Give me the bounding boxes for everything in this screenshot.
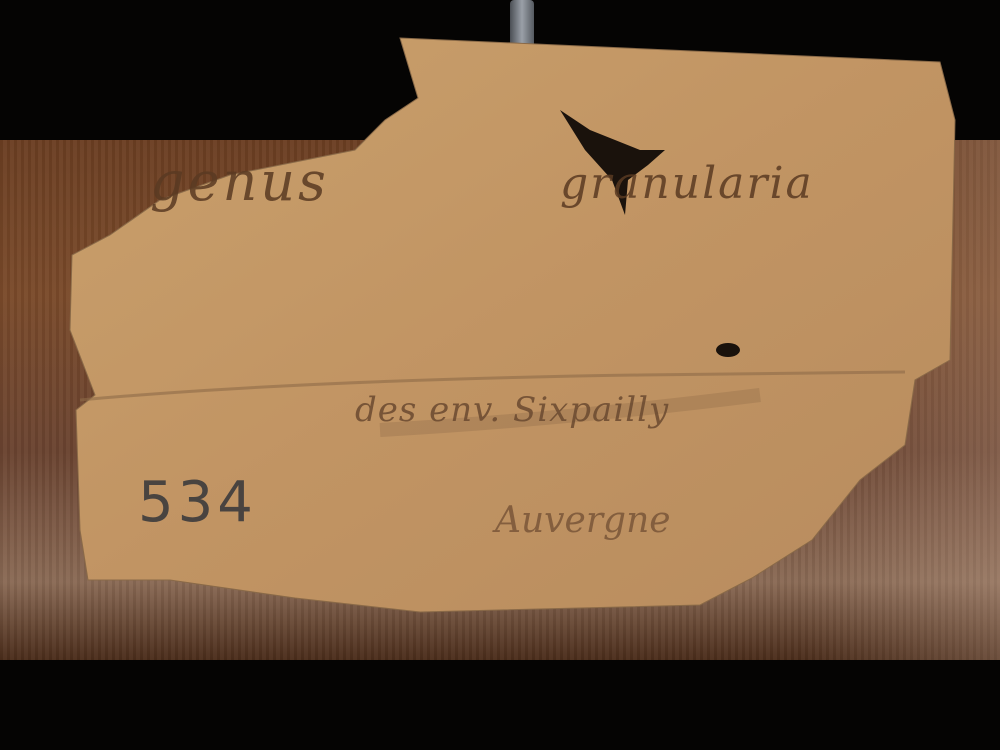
specimen-photo: genus granularia des env. Sixpailly Auve… <box>0 0 1000 750</box>
label-genus-text: genus <box>150 150 329 213</box>
label-region-text: Auvergne <box>495 500 671 541</box>
paper-label <box>0 0 1000 750</box>
catalog-number: 534 <box>138 470 257 535</box>
label-species-text: granularia <box>560 158 814 209</box>
label-locality-text: des env. Sixpailly <box>355 390 669 430</box>
